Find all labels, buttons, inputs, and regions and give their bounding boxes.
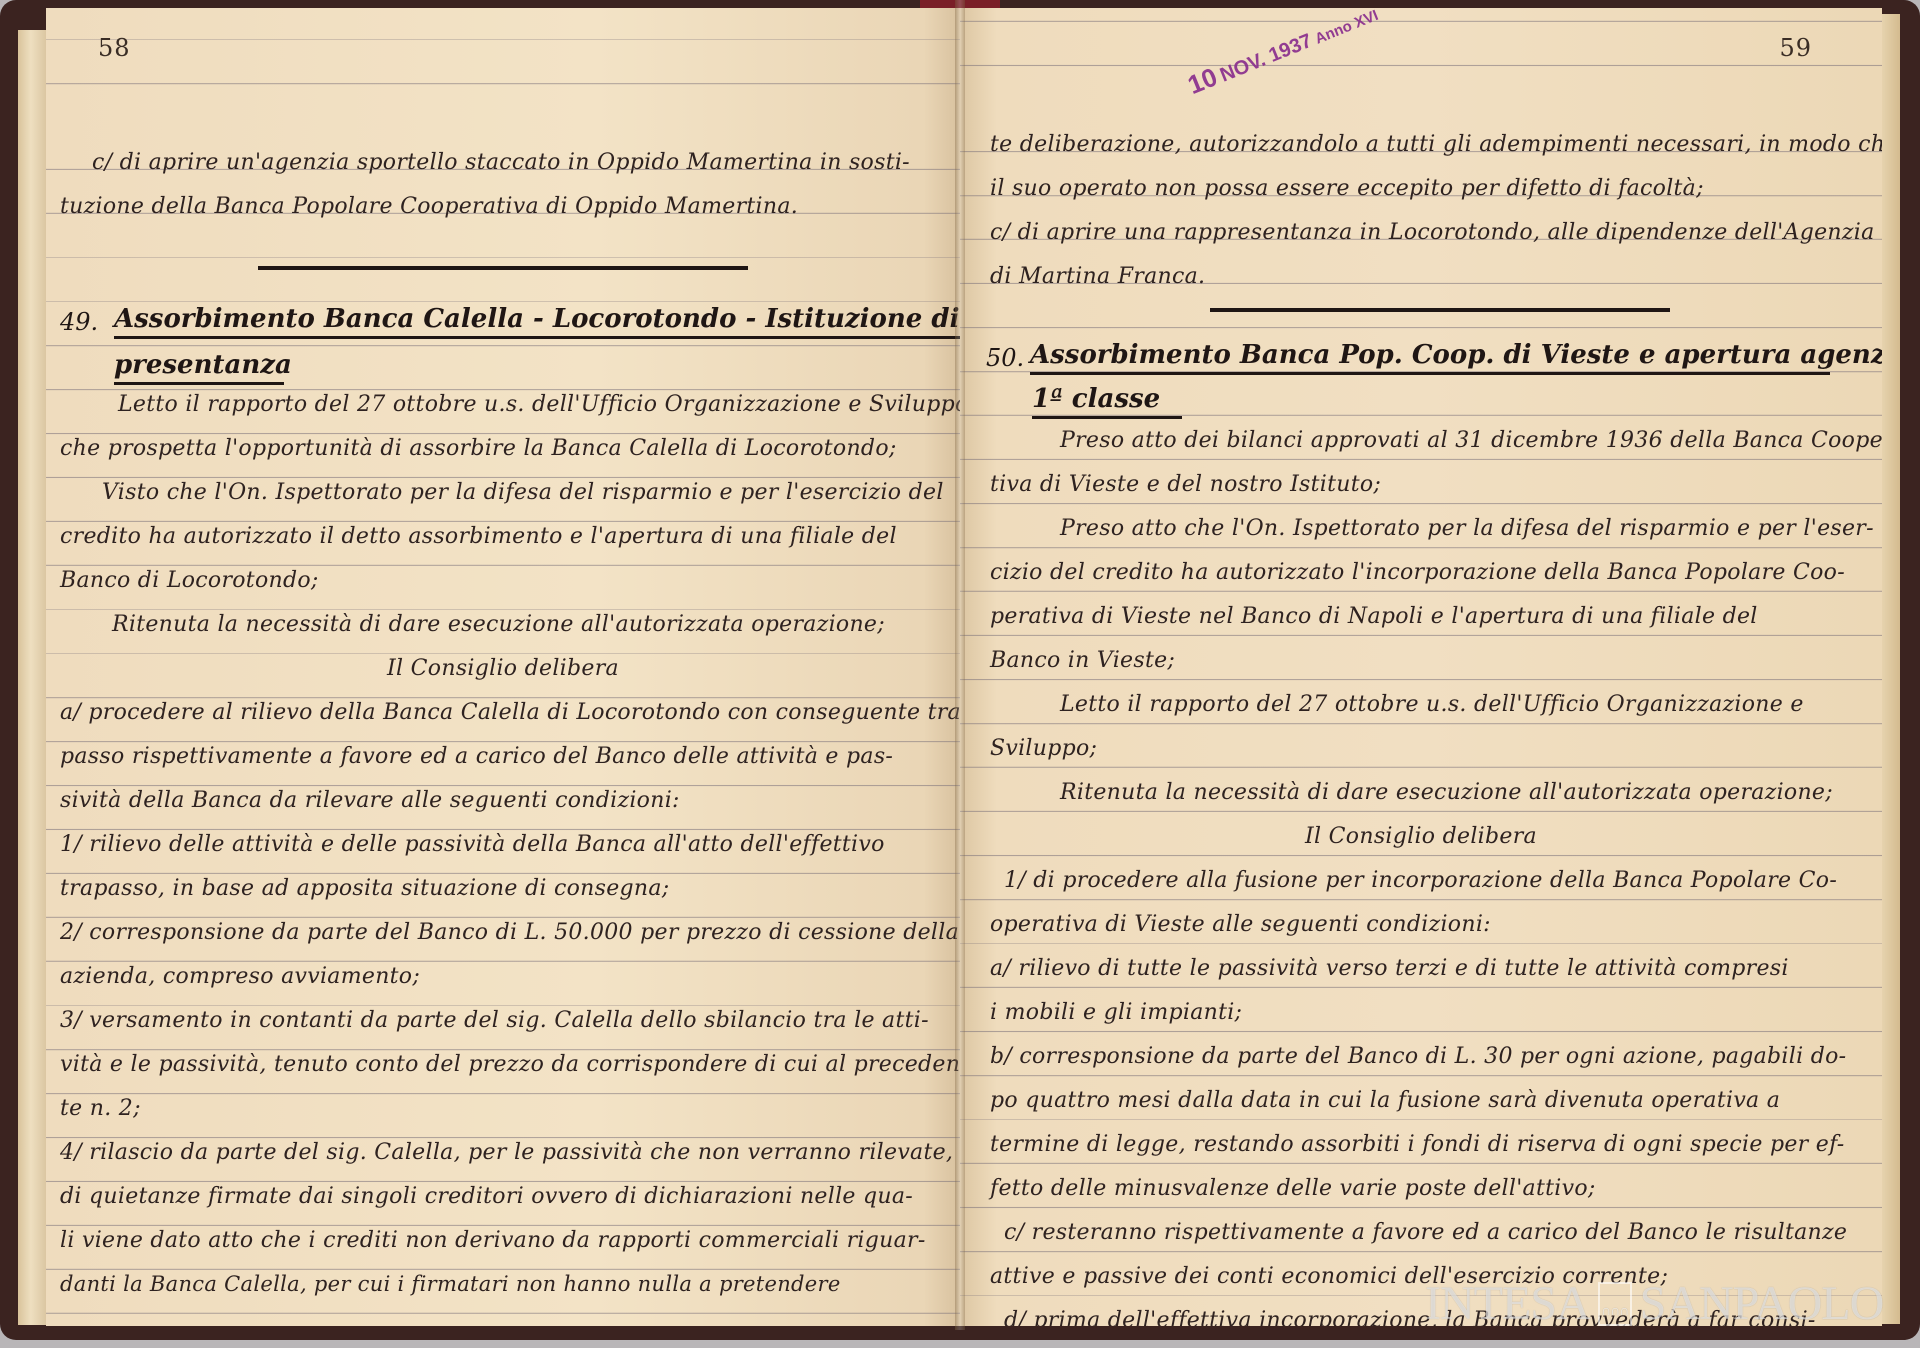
book-gutter (955, 0, 965, 1330)
text-line: te deliberazione, autorizzandolo a tutti… (990, 132, 1882, 157)
text-line: Banco di Locorotondo; (60, 568, 319, 593)
text-line: po quattro mesi dalla data in cui la fus… (990, 1088, 1780, 1113)
right-page-stack-edge (1882, 14, 1900, 1324)
text-line: a/ procedere al rilievo della Banca Cale… (60, 700, 960, 725)
item-number: 49. (60, 308, 98, 336)
page-number-left: 58 (98, 34, 131, 62)
section-divider (1210, 308, 1670, 312)
text-line: Ritenuta la necessità di dare esecuzione… (112, 612, 885, 637)
text-line: il suo operato non possa essere eccepito… (990, 176, 1704, 201)
text-line: Visto che l'On. Ispettorato per la difes… (102, 480, 944, 505)
text-line: credito ha autorizzato il detto assorbim… (60, 524, 897, 549)
text-line: trapasso, in base ad apposita situazione… (60, 876, 670, 901)
text-line: 1/ di procedere alla fusione per incorpo… (1004, 868, 1837, 893)
text-line: che prospetta l'opportunità di assorbire… (60, 436, 897, 461)
text-line: tiva di Vieste e del nostro Istituto; (990, 472, 1381, 497)
text-line: 2/ corresponsione da parte del Banco di … (60, 920, 959, 945)
text-line: c/ di aprire un'agenzia sportello stacca… (92, 150, 910, 175)
text-line: fetto delle minusvalenze delle varie pos… (990, 1176, 1596, 1201)
intesa-sanpaolo-watermark: INTESA ∩∩∩ SANPAOLO (1425, 1276, 1883, 1331)
bank-logo-icon: ∩∩∩ (1598, 1282, 1632, 1326)
text-line: i mobili e gli impianti; (990, 1000, 1242, 1025)
text-line: b/ corresponsione da parte del Banco di … (990, 1044, 1846, 1069)
section-heading-cont: 1ª classe (1032, 384, 1182, 419)
text-line: 4/ rilascio da parte del sig. Calella, p… (60, 1140, 953, 1165)
text-line: sività della Banca da rilevare alle segu… (60, 788, 680, 813)
text-line: Preso atto che l'On. Ispettorato per la … (1060, 516, 1874, 541)
resolution-title: Il Consiglio delibera (46, 656, 960, 681)
text-line: te n. 2; (60, 1096, 141, 1121)
text-line: passo rispettivamente a favore ed a cari… (60, 744, 893, 769)
text-line: Ritenuta la necessità di dare esecuzione… (1060, 780, 1833, 805)
text-line: Letto il rapporto del 27 ottobre u.s. de… (1060, 692, 1804, 717)
left-page: 58 c/ di aprire un'agenzia sportello sta… (46, 8, 960, 1326)
section-heading-cont: presentanza (114, 350, 284, 385)
text-line: c/ di aprire una rappresentanza in Locor… (990, 220, 1875, 245)
text-line: 1/ rilievo delle attività e delle passiv… (60, 832, 885, 857)
text-line: danti la Banca Calella, per cui i firmat… (60, 1272, 841, 1296)
watermark-text-left: INTESA (1425, 1276, 1590, 1331)
text-line: Preso atto dei bilanci approvati al 31 d… (1060, 428, 1882, 453)
text-line: li viene dato atto che i crediti non der… (60, 1228, 926, 1253)
text-line: Banco in Vieste; (990, 648, 1175, 673)
text-line: vità e le passività, tenuto conto del pr… (60, 1052, 960, 1077)
right-page: 59 te deliberazione, autorizzandolo a tu… (960, 8, 1882, 1326)
text-line: cizio del credito ha autorizzato l'incor… (990, 560, 1845, 585)
text-line: di quietanze firmate dai singoli credito… (60, 1184, 913, 1209)
section-heading: Assorbimento Banca Pop. Coop. di Vieste … (1030, 340, 1830, 375)
text-line: tuzione della Banca Popolare Cooperativa… (60, 194, 798, 219)
text-line: Letto il rapporto del 27 ottobre u.s. de… (118, 392, 960, 417)
watermark-text-right: SANPAOLO (1640, 1276, 1884, 1331)
resolution-title: Il Consiglio delibera (960, 824, 1882, 849)
text-line: 3/ versamento in contanti da parte del s… (60, 1008, 929, 1033)
text-line: Sviluppo; (990, 736, 1097, 761)
text-line: perativa di Vieste nel Banco di Napoli e… (990, 604, 1758, 629)
text-line: operativa di Vieste alle seguenti condiz… (990, 912, 1491, 937)
section-heading: Assorbimento Banca Calella - Locorotondo… (114, 304, 960, 339)
section-divider (258, 266, 748, 270)
text-line: c/ resteranno rispettivamente a favore e… (1004, 1220, 1847, 1245)
page-number-right: 59 (1779, 34, 1812, 62)
text-line: termine di legge, restando assorbiti i f… (990, 1132, 1844, 1157)
text-line: di Martina Franca. (990, 264, 1205, 289)
text-line: azienda, compreso avviamento; (60, 964, 420, 989)
text-line: a/ rilievo di tutte le passività verso t… (990, 956, 1789, 981)
item-number: 50. (986, 344, 1024, 372)
